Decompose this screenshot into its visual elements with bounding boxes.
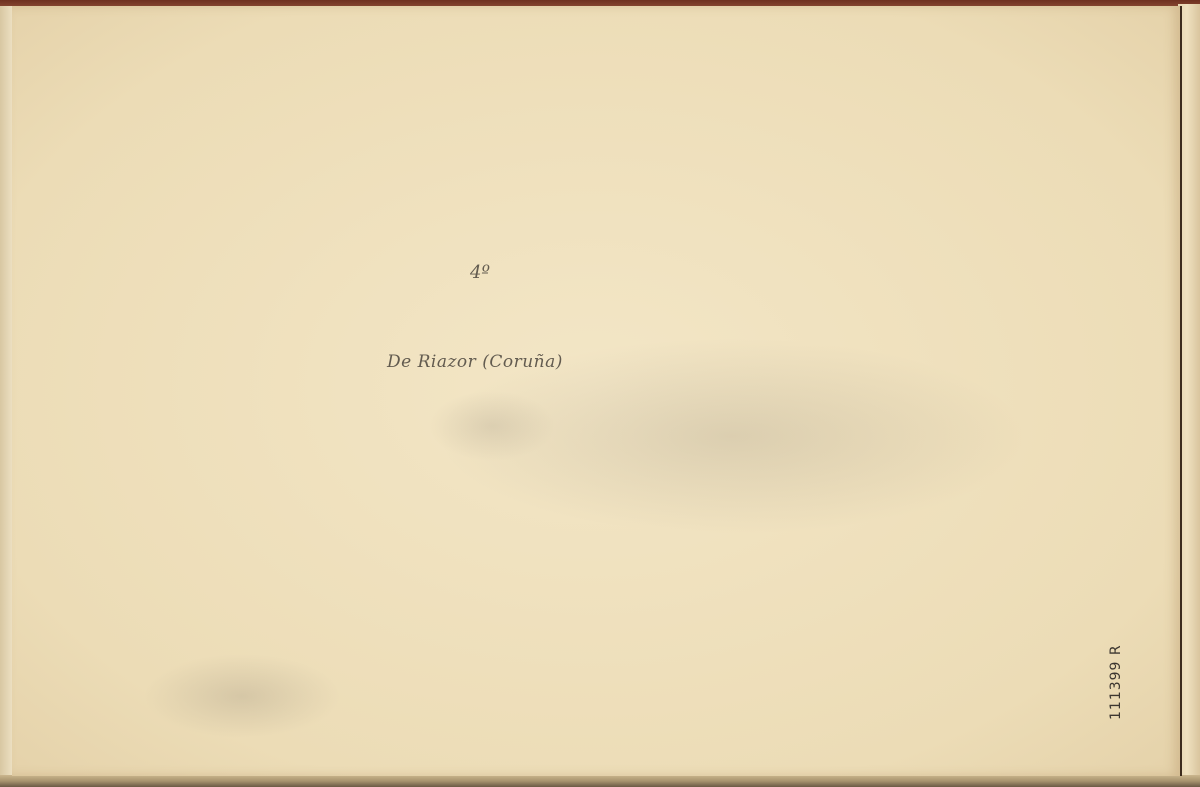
sketchbook-page: 4º De Riazor (Coruña) bbox=[12, 6, 1182, 776]
page-stack-bottom-edge bbox=[0, 775, 1200, 787]
location-caption-inscription: De Riazor (Coruña) bbox=[387, 352, 563, 372]
accession-number: 111399 R bbox=[1108, 644, 1124, 720]
page-ordinal-inscription: 4º bbox=[470, 262, 490, 283]
